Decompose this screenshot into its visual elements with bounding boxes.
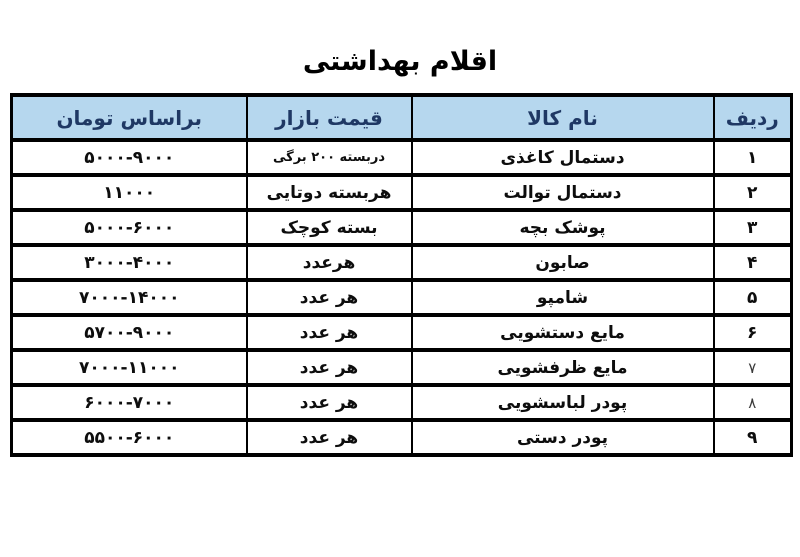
table-row: ۱دستمال کاغذیدربسته ۲۰۰ برگی۵۰۰۰-۹۰۰۰ [12,140,792,175]
row-number-cell: ۸ [714,385,792,420]
header-row-number: ردیف [714,95,792,140]
row-number-cell: ۱ [714,140,792,175]
market-price-cell: هر عدد [247,350,412,385]
row-number-cell: ۶ [714,315,792,350]
market-price-cell: هرعدد [247,245,412,280]
price-toman-cell: ۷۰۰۰-۱۱۰۰۰ [12,350,247,385]
market-price-cell: بسته کوچک [247,210,412,245]
table-row: ۹پودر دستیهر عدد۵۵۰۰-۶۰۰۰ [12,420,792,455]
header-item-name: نام کالا [412,95,714,140]
price-range: ۵۷۰۰-۹۰۰۰ [84,323,174,343]
price-toman-cell: ۵۵۰۰-۶۰۰۰ [12,420,247,455]
row-number-cell: ۹ [714,420,792,455]
price-range: ۵۵۰۰-۶۰۰۰ [84,428,174,448]
item-name-cell: دستمال توالت [412,175,714,210]
table-row: ۶مایع دستشوییهر عدد۵۷۰۰-۹۰۰۰ [12,315,792,350]
price-toman-cell: ۳۰۰۰-۴۰۰۰ [12,245,247,280]
page: اقلام بهداشتی ردیف نام کالا قیمت بازار ب… [0,0,800,557]
header-row: ردیف نام کالا قیمت بازار براساس تومان [12,95,792,140]
price-range: ۵۰۰۰-۶۰۰۰ [84,218,174,238]
row-number-cell: ۷ [714,350,792,385]
market-price-cell: هر عدد [247,385,412,420]
price-toman-cell: ۵۷۰۰-۹۰۰۰ [12,315,247,350]
price-toman-cell: ۵۰۰۰-۶۰۰۰ [12,210,247,245]
table-body: ۱دستمال کاغذیدربسته ۲۰۰ برگی۵۰۰۰-۹۰۰۰۲دس… [12,140,792,455]
item-name-cell: مایع دستشویی [412,315,714,350]
price-range: ۳۰۰۰-۴۰۰۰ [84,253,174,273]
market-price-cell: هربسته دوتایی [247,175,412,210]
market-price-cell: هر عدد [247,280,412,315]
table-row: ۷مایع ظرفشوییهر عدد۷۰۰۰-۱۱۰۰۰ [12,350,792,385]
page-title: اقلام بهداشتی [0,46,800,77]
price-toman-cell: ۱۱۰۰۰ [12,175,247,210]
market-price-cell: هر عدد [247,315,412,350]
row-number-cell: ۵ [714,280,792,315]
price-range: ۷۰۰۰-۱۴۰۰۰ [79,288,179,308]
row-number-cell: ۳ [714,210,792,245]
item-name-cell: پوشک بچه [412,210,714,245]
market-price-cell: دربسته ۲۰۰ برگی [247,140,412,175]
table-row: ۳پوشک بچهبسته کوچک۵۰۰۰-۶۰۰۰ [12,210,792,245]
header-market-price: قیمت بازار [247,95,412,140]
price-range: ۷۰۰۰-۱۱۰۰۰ [79,358,179,378]
item-name-cell: صابون [412,245,714,280]
price-range: ۱۱۰۰۰ [103,183,155,203]
row-number-cell: ۴ [714,245,792,280]
price-toman-cell: ۵۰۰۰-۹۰۰۰ [12,140,247,175]
item-name-cell: مایع ظرفشویی [412,350,714,385]
price-toman-cell: ۷۰۰۰-۱۴۰۰۰ [12,280,247,315]
table-row: ۵شامپوهر عدد۷۰۰۰-۱۴۰۰۰ [12,280,792,315]
item-name-cell: شامپو [412,280,714,315]
price-range: ۶۰۰۰-۷۰۰۰ [84,393,174,413]
price-toman-cell: ۶۰۰۰-۷۰۰۰ [12,385,247,420]
header-price-toman: براساس تومان [12,95,247,140]
table-row: ۴صابونهرعدد۳۰۰۰-۴۰۰۰ [12,245,792,280]
hygiene-items-table: ردیف نام کالا قیمت بازار براساس تومان ۱د… [10,93,793,457]
table-row: ۸پودر لباسشوییهر عدد۶۰۰۰-۷۰۰۰ [12,385,792,420]
row-number-cell: ۲ [714,175,792,210]
item-name-cell: دستمال کاغذی [412,140,714,175]
item-name-cell: پودر لباسشویی [412,385,714,420]
table-row: ۲دستمال توالتهربسته دوتایی۱۱۰۰۰ [12,175,792,210]
item-name-cell: پودر دستی [412,420,714,455]
market-price-cell: هر عدد [247,420,412,455]
price-range: ۵۰۰۰-۹۰۰۰ [84,148,174,168]
